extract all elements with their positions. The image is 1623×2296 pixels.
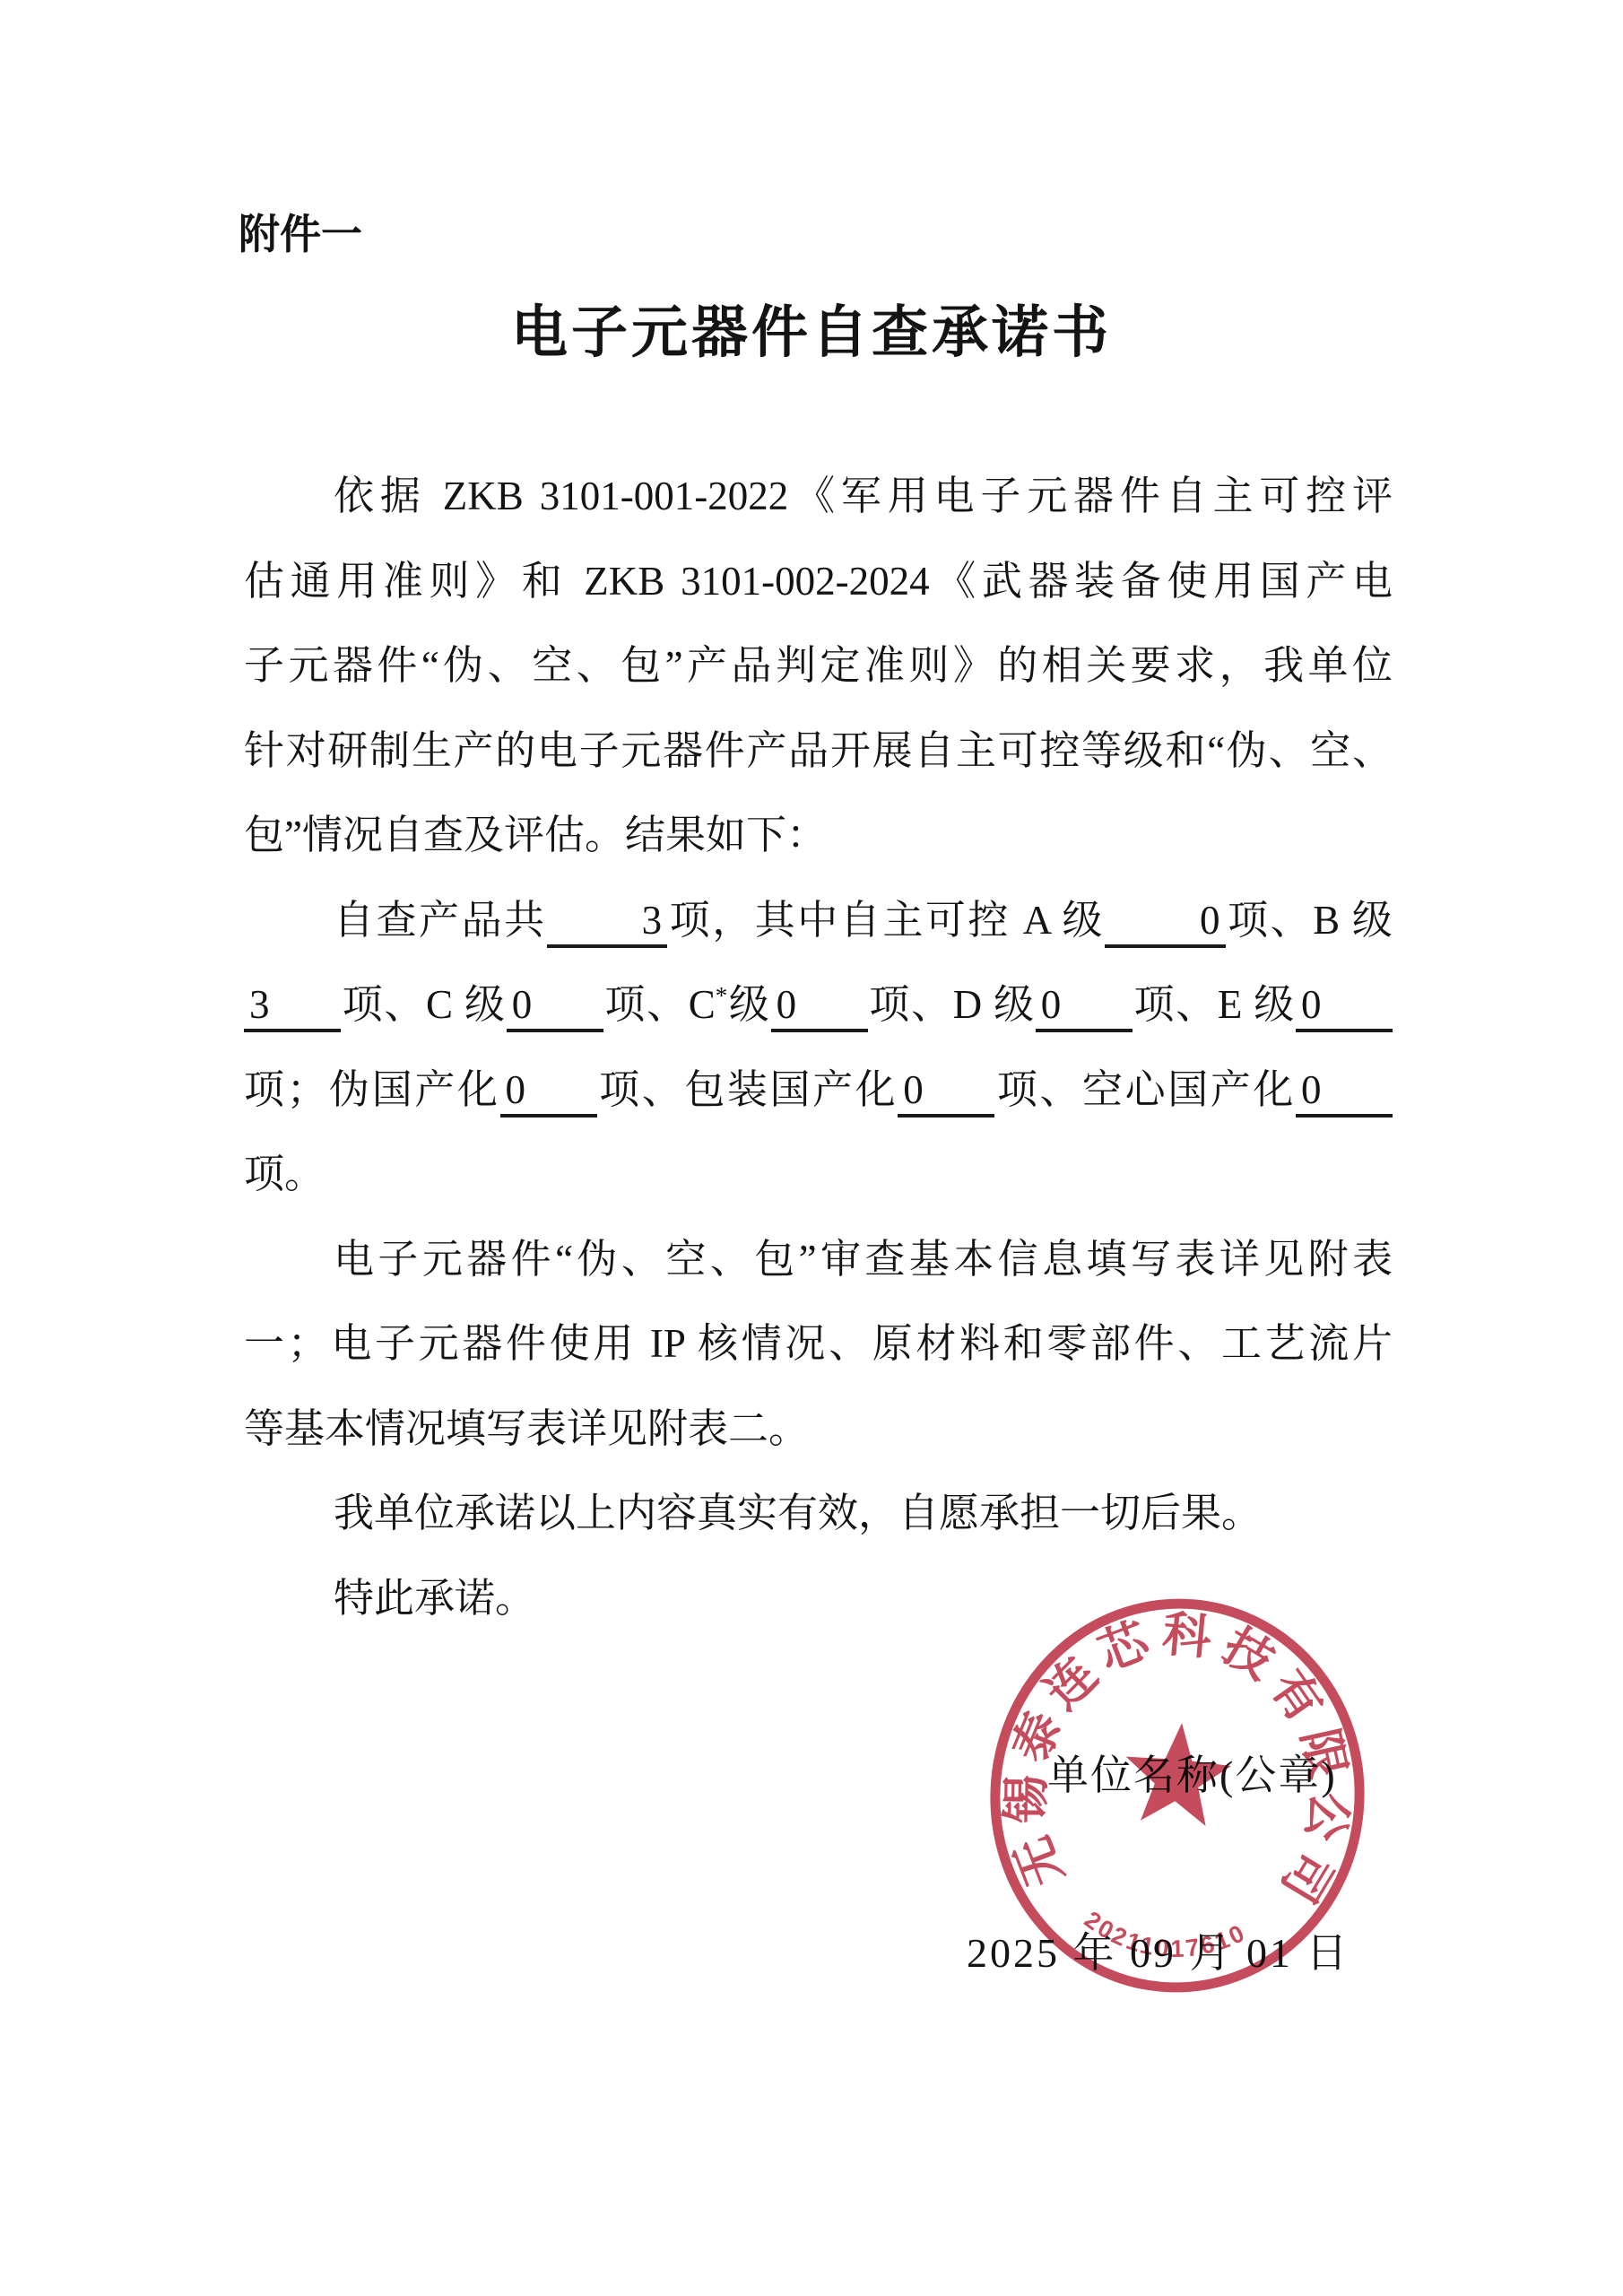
fill-in-blank: 0 bbox=[507, 980, 603, 1032]
text-segment: * bbox=[716, 982, 728, 1009]
text-segment: B bbox=[1313, 898, 1340, 943]
text-segment: 项、空心国产化 bbox=[994, 1067, 1296, 1112]
text-segment: 项；伪国产化 bbox=[244, 1067, 500, 1112]
text-segment: 项。 bbox=[244, 1152, 325, 1196]
text-segment: 我单位承诺以上内容真实有效，自愿承担一切后果。 bbox=[334, 1491, 1262, 1535]
text-segment: 项、包装国产化 bbox=[597, 1067, 898, 1112]
text-segment: 自查产品共 bbox=[334, 898, 547, 943]
text-segment: 《军用电子元器件自主可控评 bbox=[788, 474, 1393, 518]
text-segment: IP bbox=[650, 1321, 684, 1366]
text-segment: 项、 bbox=[1226, 898, 1314, 943]
fill-in-blank: 0 bbox=[500, 1065, 597, 1118]
text-segment: 等基本情况填写表详见附表二。 bbox=[244, 1406, 809, 1451]
text-segment: C bbox=[426, 982, 453, 1027]
text-segment: 子元器件“伪、空、包”产品判定准则》的相关要求，我单位 bbox=[244, 643, 1393, 688]
text-segment: ZKB 3101-002-2024 bbox=[584, 559, 929, 604]
text-segment: D bbox=[953, 982, 983, 1027]
text-segment: C bbox=[689, 982, 716, 1027]
fill-in-blank: 3 bbox=[547, 896, 668, 948]
text-segment: 项、 bbox=[1133, 982, 1218, 1027]
text-segment: 项、 bbox=[868, 982, 953, 1027]
text-segment: 电子元器件“伪、空、包”审查基本信息填写表详见附表 bbox=[334, 1237, 1393, 1282]
fill-in-blank: 0 bbox=[1296, 980, 1393, 1032]
document-page: 附件一 电子元器件自查承诺书 依据 ZKB 3101-001-2022《军用电子… bbox=[0, 0, 1623, 2296]
text-segment: 级 bbox=[1242, 982, 1296, 1027]
text-segment: 核情况、原材料和零部件、工艺流片 bbox=[684, 1321, 1393, 1366]
text-segment: 项、 bbox=[603, 982, 689, 1027]
text-segment: E bbox=[1218, 982, 1243, 1027]
text-segment: 项、 bbox=[341, 982, 426, 1027]
body-line: 项。 bbox=[244, 1132, 1393, 1217]
text-segment: 级 bbox=[453, 982, 507, 1027]
body-line: 一；电子元器件使用 IP 核情况、原材料和零部件、工艺流片 bbox=[244, 1301, 1393, 1387]
text-segment: 针对研制生产的电子元器件产品开展自主可控等级和“伪、空、 bbox=[244, 728, 1393, 773]
text-segment: 级 bbox=[727, 982, 770, 1027]
fill-in-blank: 0 bbox=[898, 1065, 994, 1118]
body-line: 电子元器件“伪、空、包”审查基本信息填写表详见附表 bbox=[244, 1217, 1393, 1302]
body-line: 依据 ZKB 3101-001-2022《军用电子元器件自主可控评 bbox=[244, 454, 1393, 539]
text-segment: 级 bbox=[982, 982, 1036, 1027]
text-segment: 依据 bbox=[334, 474, 443, 518]
fill-in-blank: 0 bbox=[1296, 1065, 1393, 1118]
body-line: 自查产品共3项，其中自主可控 A 级0项、B 级 bbox=[244, 878, 1393, 963]
text-segment: 级 bbox=[1340, 898, 1393, 943]
text-segment: A bbox=[1023, 898, 1050, 943]
document-title: 电子元器件自查承诺书 bbox=[0, 287, 1623, 369]
text-segment: 包”情况自查及评估。结果如下： bbox=[244, 813, 827, 857]
text-segment: 估通用准则》和 bbox=[244, 559, 584, 604]
text-segment: ZKB 3101-001-2022 bbox=[443, 474, 789, 518]
body-line: 针对研制生产的电子元器件产品开展自主可控等级和“伪、空、 bbox=[244, 709, 1393, 794]
company-seal: 无锡泰连芯科技有限公司 3202110176104 bbox=[962, 1571, 1393, 2024]
text-segment: 级 bbox=[1050, 898, 1105, 943]
body-line: 子元器件“伪、空、包”产品判定准则》的相关要求，我单位 bbox=[244, 623, 1393, 709]
body-line: 3项、C 级0项、C*级0项、D 级0项、E 级0 bbox=[244, 962, 1393, 1048]
fill-in-blank: 0 bbox=[1105, 896, 1226, 948]
fill-in-blank: 0 bbox=[1036, 980, 1133, 1032]
fill-in-blank: 3 bbox=[244, 980, 341, 1032]
body-line: 估通用准则》和 ZKB 3101-002-2024《武器装备使用国产电 bbox=[244, 539, 1393, 624]
document-body: 依据 ZKB 3101-001-2022《军用电子元器件自主可控评估通用准则》和… bbox=[244, 454, 1393, 1640]
seal-star-icon bbox=[1121, 1718, 1235, 1828]
fill-in-blank: 0 bbox=[771, 980, 868, 1032]
body-line: 项；伪国产化0项、包装国产化0项、空心国产化0 bbox=[244, 1048, 1393, 1133]
text-segment: 项，其中自主可控 bbox=[667, 898, 1023, 943]
text-segment: 特此承诺。 bbox=[334, 1576, 535, 1621]
text-segment: 一；电子元器件使用 bbox=[244, 1321, 650, 1366]
body-line: 包”情况自查及评估。结果如下： bbox=[244, 793, 1393, 878]
attachment-label: 附件一 bbox=[239, 212, 362, 257]
text-segment: 《武器装备使用国产电 bbox=[930, 559, 1393, 604]
body-line: 等基本情况填写表详见附表二。 bbox=[244, 1387, 1393, 1472]
body-line: 我单位承诺以上内容真实有效，自愿承担一切后果。 bbox=[244, 1471, 1393, 1556]
